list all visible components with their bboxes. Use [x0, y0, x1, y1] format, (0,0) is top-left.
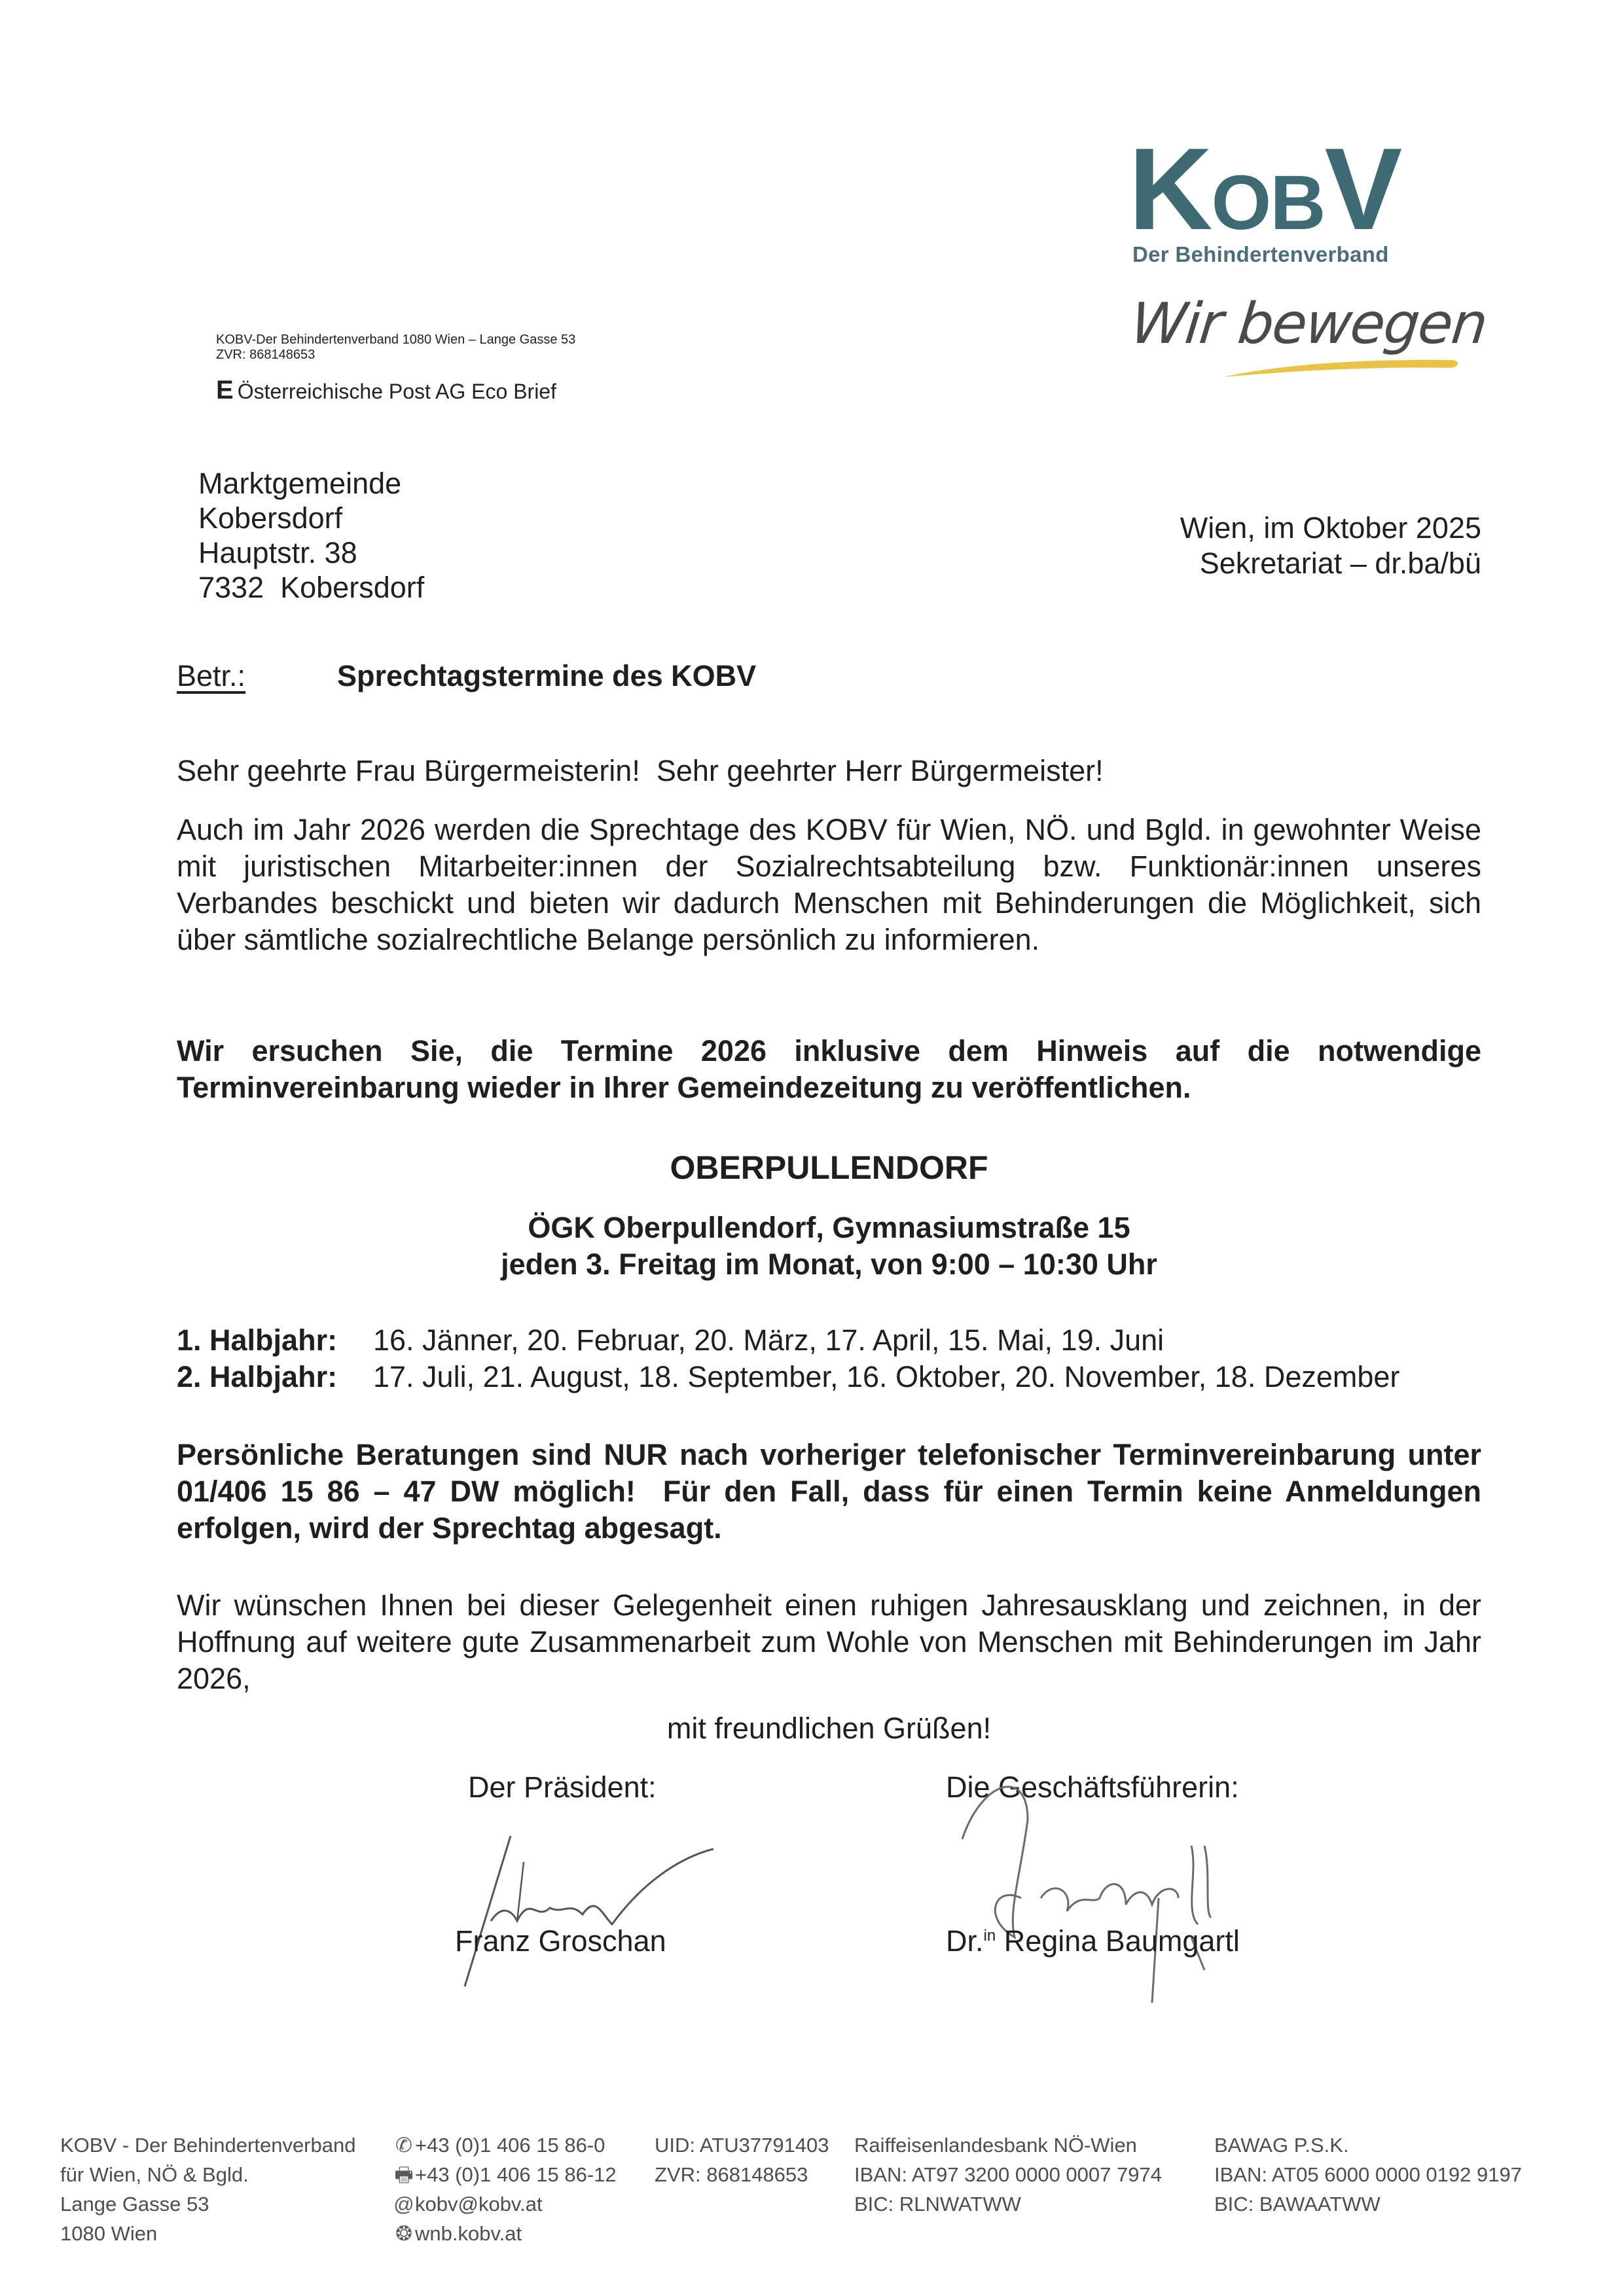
- signatory-name-managing-director: Dr.in Regina Baumgartl: [946, 1924, 1240, 1958]
- footer-organization: KOBV - Der Behindertenverband für Wien, …: [60, 2130, 355, 2248]
- email-icon: @: [393, 2189, 415, 2219]
- footer-bank-bawag: BAWAG P.S.K. IBAN: AT05 6000 0000 0192 9…: [1214, 2130, 1522, 2219]
- list-item: 1. Halbjahr:16. Jänner, 20. Februar, 20.…: [177, 1322, 1399, 1359]
- sender-return-address: KOBV-Der Behindertenverband 1080 Wien – …: [216, 332, 575, 363]
- subject-text: Sprechtagstermine des KOBV: [337, 659, 756, 693]
- recipient-address: Marktgemeinde Kobersdorf Hauptstr. 38 73…: [198, 466, 424, 605]
- phone-icon: ✆: [393, 2130, 415, 2160]
- footer-fax: +43 (0)1 406 15 86-12: [415, 2163, 617, 2186]
- date-block: Wien, im Oktober 2025 Sekretariat – dr.b…: [1180, 511, 1481, 581]
- paragraph-request: Wir ersuchen Sie, die Termine 2026 inklu…: [177, 1033, 1481, 1106]
- paragraph-closing-wishes: Wir wünschen Ihnen bei dieser Gelegenhei…: [177, 1587, 1481, 1697]
- footer-website: wnb.kobv.at: [415, 2222, 522, 2245]
- signatory-name-president: Franz Groschan: [455, 1924, 666, 1958]
- fax-icon: 🖶: [393, 2160, 415, 2189]
- footer-contact: ✆+43 (0)1 406 15 86-0 🖶+43 (0)1 406 15 8…: [393, 2130, 617, 2248]
- footer-email: kobv@kobv.at: [415, 2193, 543, 2215]
- signatory-title-president: Der Präsident:: [468, 1770, 657, 1804]
- paragraph-intro: Auch im Jahr 2026 werden die Sprechtage …: [177, 812, 1481, 958]
- footer-bank-raiffeisen: Raiffeisenlandesbank NÖ-Wien IBAN: AT97 …: [854, 2130, 1162, 2219]
- signature-president: [452, 1823, 792, 1993]
- logo-subtitle: Der Behindertenverband: [1132, 242, 1443, 267]
- subject-label: Betr.:: [177, 659, 245, 693]
- location-details: ÖGK Oberpullendorf, Gymnasiumstraße 15 j…: [177, 1210, 1481, 1283]
- dates-list: 1. Halbjahr:16. Jänner, 20. Februar, 20.…: [177, 1322, 1399, 1395]
- closing-formula: mit freundlichen Grüßen!: [177, 1712, 1481, 1746]
- postage-mark: EÖsterreichische Post AG Eco Brief: [216, 376, 556, 405]
- signature-managing-director: [943, 1767, 1309, 2003]
- logo-slogan: Wir bewegen: [1128, 291, 1490, 357]
- paragraph-appointment-note: Persönliche Beratungen sind NUR nach vor…: [177, 1437, 1481, 1547]
- logo-wordmark: KOBV: [1128, 131, 1401, 247]
- footer-phone: +43 (0)1 406 15 86-0: [415, 2134, 605, 2157]
- salutation: Sehr geehrte Frau Bürgermeisterin! Sehr …: [177, 753, 1481, 789]
- list-item: 2. Halbjahr:17. Juli, 21. August, 18. Se…: [177, 1359, 1399, 1395]
- location-title: OBERPULLENDORF: [177, 1149, 1481, 1187]
- footer-ids: UID: ATU37791403 ZVR: 868148653: [655, 2130, 829, 2189]
- eco-mark-icon: E: [216, 376, 234, 404]
- swoosh-icon: [1224, 353, 1460, 380]
- globe-icon: ❂: [393, 2219, 415, 2248]
